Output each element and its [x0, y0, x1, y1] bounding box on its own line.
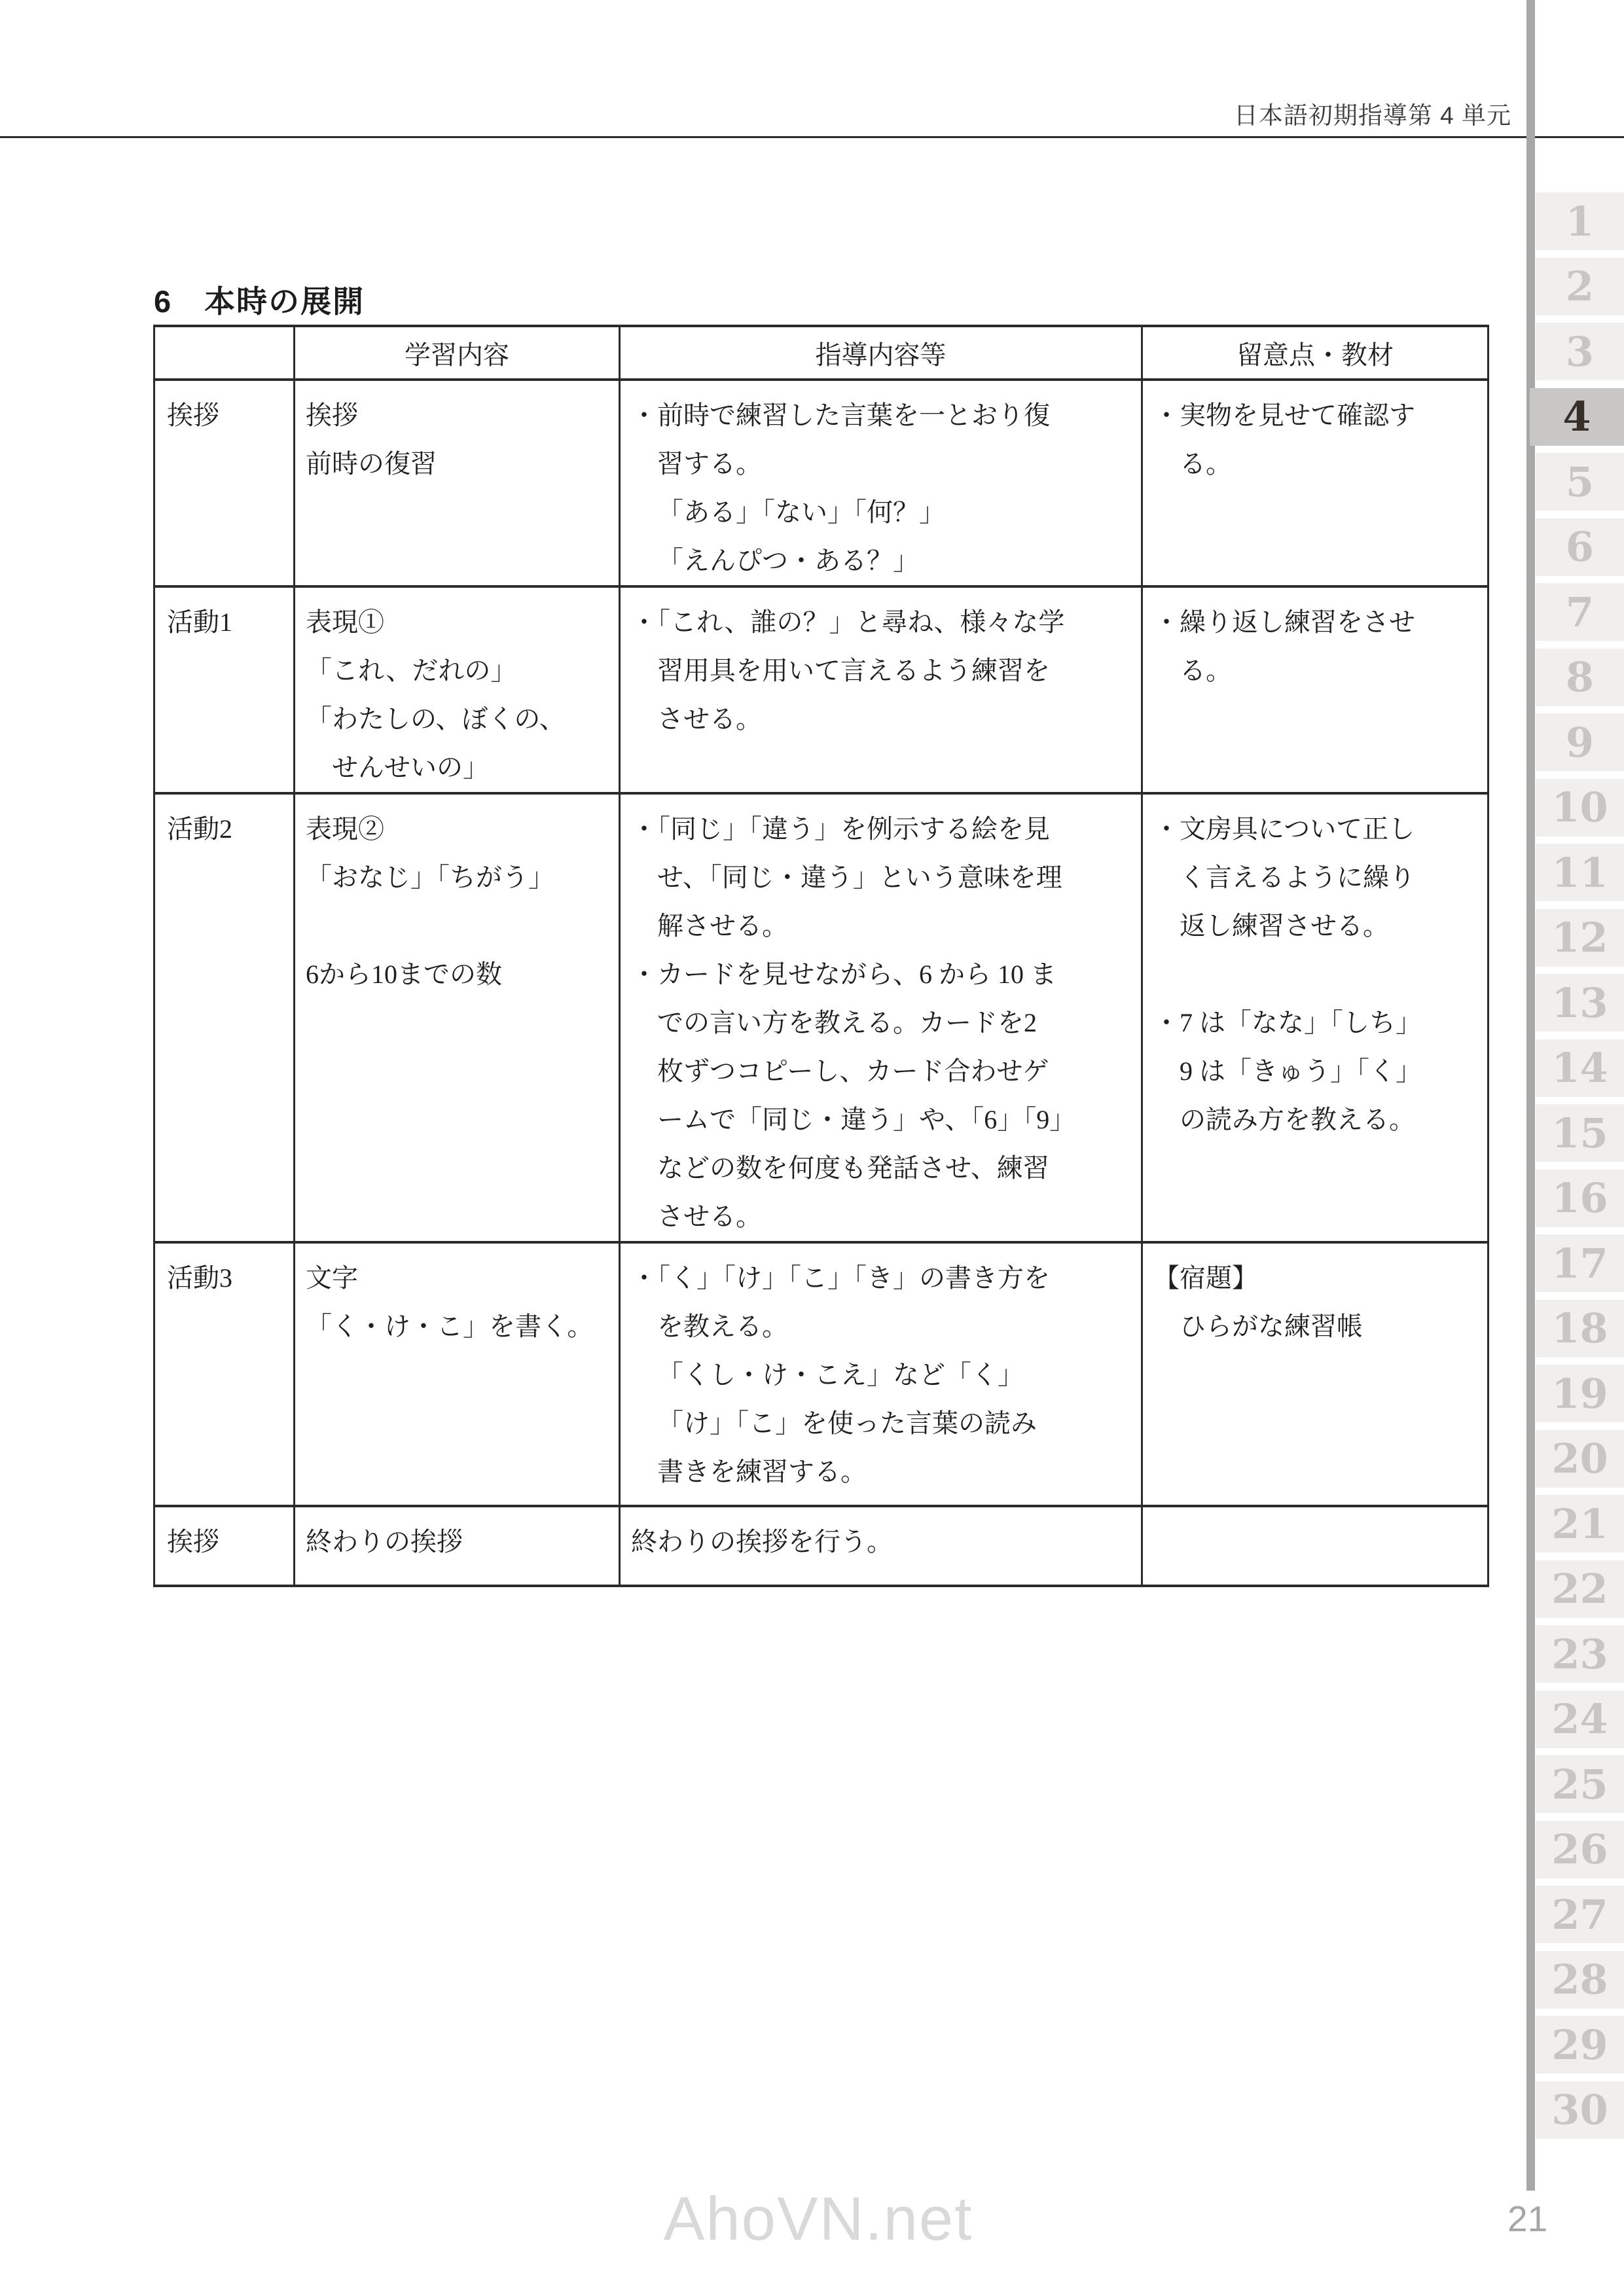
chapter-tab-7: 7 [1536, 583, 1624, 641]
lesson-plan-table: 学習内容 指導内容等 留意点・教材 挨拶 挨拶 前時の復習 ・前時で練習した言葉… [153, 325, 1489, 1587]
row-label: 活動1 [154, 586, 295, 793]
study-cell: 終わりの挨拶 [295, 1506, 620, 1586]
chapter-tab-18: 18 [1536, 1300, 1624, 1357]
chapter-tab-26: 26 [1536, 1821, 1624, 1878]
guide-cell: ・「これ、誰の？」と尋ね、様々な学 習用具を用いて言えるよう練習を させる。 [620, 586, 1142, 793]
notes-cell [1142, 1506, 1489, 1586]
chapter-tab-19: 19 [1536, 1365, 1624, 1422]
study-cell: 表現② 「おなじ」「ちがう」 6から10までの数 [295, 793, 620, 1242]
chapter-tab-12: 12 [1536, 909, 1624, 967]
guide-cell: ・「く」「け」「こ」「き」の書き方を を教える。 「くし・け・こえ」など「く」 … [620, 1242, 1142, 1506]
chapter-tab-9: 9 [1536, 713, 1624, 771]
table-row-activity2: 活動2 表現② 「おなじ」「ちがう」 6から10までの数 ・「同じ」「違う」を例… [154, 793, 1489, 1242]
chapter-tab-21: 21 [1536, 1495, 1624, 1552]
chapter-tab-14: 14 [1536, 1039, 1624, 1097]
chapter-tab-23: 23 [1536, 1625, 1624, 1683]
chapter-tab-17: 17 [1536, 1234, 1624, 1292]
notes-cell: ・実物を見せて確認す る。 [1142, 380, 1489, 586]
study-cell: 表現① 「これ、だれの」 「わたしの、ぼくの、 せんせいの」 [295, 586, 620, 793]
section-title: 6 本時の展開 [154, 278, 365, 321]
table-header-row: 学習内容 指導内容等 留意点・教材 [154, 326, 1489, 380]
chapter-rail [1526, 0, 1535, 2191]
chapter-tab-3: 3 [1536, 323, 1624, 380]
row-label: 挨拶 [154, 1506, 295, 1586]
header-study-content: 学習内容 [295, 326, 620, 380]
chapter-tab-20: 20 [1536, 1430, 1624, 1488]
chapter-tab-1: 1 [1536, 192, 1624, 250]
row-label: 活動2 [154, 793, 295, 1242]
header-rule [0, 136, 1624, 138]
notes-cell: ・文房具について正し く言えるように繰り 返し練習させる。 ・7 は「なな」「し… [1142, 793, 1489, 1242]
notes-cell: ・繰り返し練習をさせ る。 [1142, 586, 1489, 793]
chapter-tab-28: 28 [1536, 1951, 1624, 2009]
table-row-activity3: 活動3 文字 「く・け・こ」を書く。 ・「く」「け」「こ」「き」の書き方を を教… [154, 1242, 1489, 1506]
chapter-tab-16: 16 [1536, 1170, 1624, 1227]
table-row-activity1: 活動1 表現① 「これ、だれの」 「わたしの、ぼくの、 せんせいの」 ・「これ、… [154, 586, 1489, 793]
guide-cell: ・「同じ」「違う」を例示する絵を見 せ、「同じ・違う」という意味を理 解させる。… [620, 793, 1142, 1242]
chapter-tab-6: 6 [1536, 518, 1624, 576]
chapter-tab-2: 2 [1536, 258, 1624, 315]
watermark: AhoVN.net [664, 2183, 973, 2254]
chapter-tab-27: 27 [1536, 1886, 1624, 1943]
study-cell: 挨拶 前時の復習 [295, 380, 620, 586]
chapter-tab-22: 22 [1536, 1560, 1624, 1618]
notes-cell: 【宿題】 ひらがな練習帳 [1142, 1242, 1489, 1506]
chapter-tab-24: 24 [1536, 1691, 1624, 1748]
running-header: 日本語初期指導第 4 単元 [1234, 96, 1511, 131]
chapter-tab-29: 29 [1536, 2016, 1624, 2073]
chapter-tab-8: 8 [1536, 649, 1624, 706]
header-notes-materials: 留意点・教材 [1142, 326, 1489, 380]
page-number: 21 [1507, 2198, 1547, 2240]
chapter-tab-4: 4 [1530, 388, 1624, 446]
chapter-tab-10: 10 [1536, 779, 1624, 836]
chapter-tab-25: 25 [1536, 1755, 1624, 1813]
row-label: 挨拶 [154, 380, 295, 586]
chapter-tab-5: 5 [1536, 453, 1624, 511]
chapter-tab-30: 30 [1536, 2081, 1624, 2139]
header-empty-cell [154, 326, 295, 380]
header-guidance-content: 指導内容等 [620, 326, 1142, 380]
chapter-tab-13: 13 [1536, 974, 1624, 1031]
table-row-greeting: 挨拶 挨拶 前時の復習 ・前時で練習した言葉を一とおり復 習する。 「ある」「な… [154, 380, 1489, 586]
guide-cell: ・前時で練習した言葉を一とおり復 習する。 「ある」「ない」「何？」 「えんぴつ… [620, 380, 1142, 586]
row-label: 活動3 [154, 1242, 295, 1506]
study-cell: 文字 「く・け・こ」を書く。 [295, 1242, 620, 1506]
chapter-tab-list: 1234567891011121314151617181920212223242… [1536, 192, 1624, 2139]
chapter-tab-15: 15 [1536, 1104, 1624, 1162]
chapter-tab-11: 11 [1536, 844, 1624, 901]
guide-cell: 終わりの挨拶を行う。 [620, 1506, 1142, 1586]
table-row-closing: 挨拶 終わりの挨拶 終わりの挨拶を行う。 [154, 1506, 1489, 1586]
